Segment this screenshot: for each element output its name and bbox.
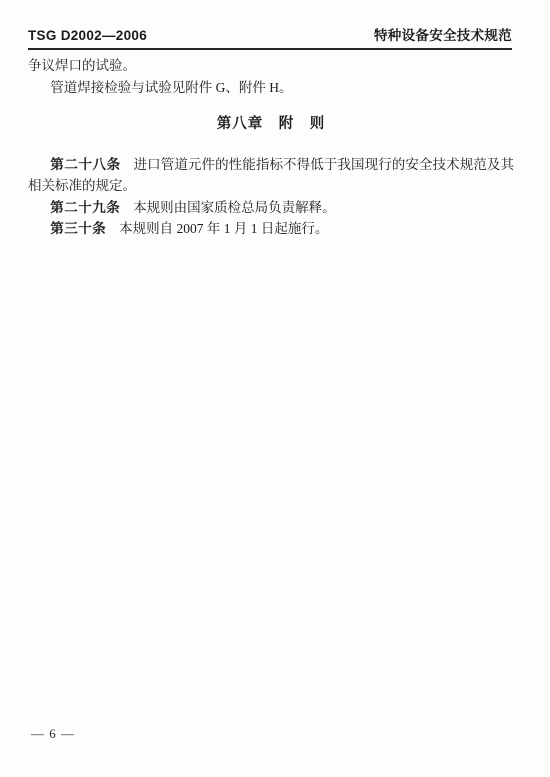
document-page: TSG D2002—2006 特种设备安全技术规范 争议焊口的试验。 管道焊接检… xyxy=(0,0,550,777)
article-30: 第三十条本规则自 2007 年 1 月 1 日起施行。 xyxy=(28,218,514,240)
page-footer: — 6 — xyxy=(31,726,75,742)
page-header: TSG D2002—2006 特种设备安全技术规范 xyxy=(28,29,512,50)
article-30-number: 第三十条 xyxy=(50,221,106,236)
paragraph-welding-inspection: 管道焊接检验与试验见附件 G、附件 H。 xyxy=(28,77,514,99)
article-29-text: 本规则由国家质检总局负责解释。 xyxy=(133,200,336,215)
article-29-number: 第二十九条 xyxy=(50,200,120,215)
article-28: 第二十八条进口管道元件的性能指标不得低于我国现行的安全技术规范及其相关标准的规定… xyxy=(28,154,514,197)
article-29: 第二十九条本规则由国家质检总局负责解释。 xyxy=(28,197,514,219)
chapter-heading: 第八章 附 则 xyxy=(28,114,514,136)
article-28-number: 第二十八条 xyxy=(50,157,120,172)
article-30-text: 本规则自 2007 年 1 月 1 日起施行。 xyxy=(119,221,328,236)
document-body: 争议焊口的试验。 管道焊接检验与试验见附件 G、附件 H。 第八章 附 则 第二… xyxy=(28,55,514,240)
paragraph-continuation: 争议焊口的试验。 xyxy=(28,55,514,77)
page-number: — 6 — xyxy=(31,726,75,741)
header-doc-title: 特种设备安全技术规范 xyxy=(374,29,512,44)
header-doc-code: TSG D2002—2006 xyxy=(28,29,147,44)
